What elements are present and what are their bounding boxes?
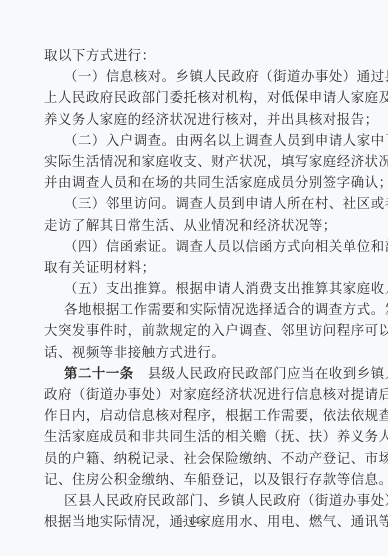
text-line: （四）信函索证。调查人员以信函方式向相关单位和部门索 <box>44 237 338 258</box>
document-page: 取以下方式进行： （一）信息核对。乡镇人民政府（街道办事处）通过县级以 上人民政… <box>44 46 338 533</box>
text-line: 作日内，启动信息核对程序，根据工作需要，依法依规查询共同 <box>44 406 338 427</box>
text-line: （五）支出推算。根据申请人消费支出推算其家庭收入。 <box>44 279 338 300</box>
article-line: 第二十一条县级人民政府民政部门应当在收到乡镇人民 <box>44 364 338 385</box>
text-line: （二）入户调查。由两名以上调查人员到申请人家中了解其 <box>44 131 338 152</box>
text-line: 员的户籍、纳税记录、社会保险缴纳、不动产登记、市场主体登 <box>44 449 338 470</box>
text-line: 走访了解其日常生活、从业情况和经济状况等； <box>44 216 338 237</box>
text-line: 生活家庭成员和非共同生活的相关赡（抚、扶）养义务人家庭成 <box>44 427 338 448</box>
text-line: （三）邻里访问。调查人员到申请人所在村、社区或者单位 <box>44 194 338 215</box>
text-line: 取以下方式进行： <box>44 46 338 67</box>
text-line: 养义务人家庭的经济状况进行核对，并出具核对报告； <box>44 110 338 131</box>
text-line: 大突发事件时，前款规定的入户调查、邻里访问程序可以采取电 <box>44 321 338 342</box>
article-heading: 第二十一条 <box>64 367 134 382</box>
text-line: 实际生活情况和家庭收支、财产状况，填写家庭经济状况调查表， <box>44 152 338 173</box>
article-text: 县级人民政府民政部门应当在收到乡镇人民 <box>148 367 388 382</box>
text-line: 并由调查人员和在场的共同生活家庭成员分别签字确认； <box>44 173 338 194</box>
text-line: 区县人民政府民政部门、乡镇人民政府（街道办事处）可以 <box>44 491 338 512</box>
text-line: 话、视频等非接触方式进行。 <box>44 343 338 364</box>
text-line: 各地根据工作需要和实际情况选择适合的调查方式。发生重 <box>44 300 338 321</box>
text-line: 取有关证明材料； <box>44 258 338 279</box>
text-line: 政府（街道办事处）对家庭经济状况进行信息核对提请后 3 个工 <box>44 385 338 406</box>
text-line: 上人民政府民政部门委托核对机构，对低保申请人家庭及法定供 <box>44 88 338 109</box>
text-line: 记、住房公积金缴纳、车船登记，以及银行存款等信息。 <box>44 470 338 491</box>
page-number: - 14 - <box>0 515 388 527</box>
text-line: （一）信息核对。乡镇人民政府（街道办事处）通过县级以 <box>44 67 338 88</box>
